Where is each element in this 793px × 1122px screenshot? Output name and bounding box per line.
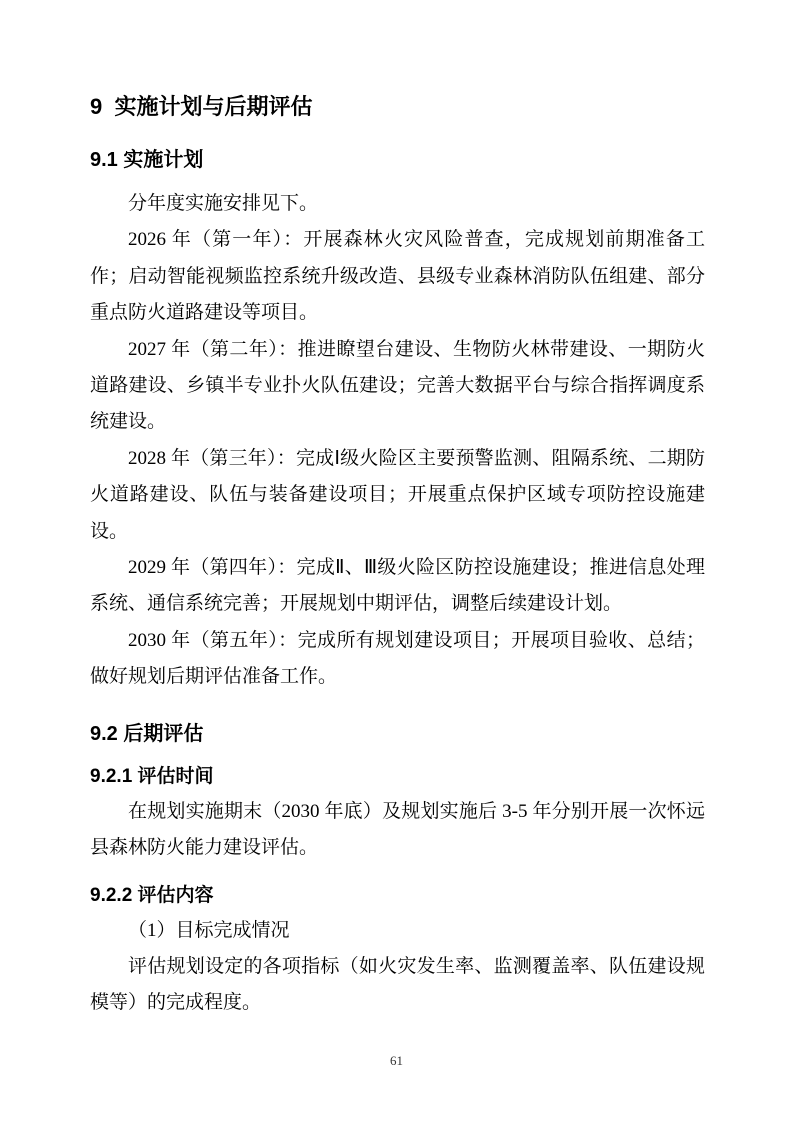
paragraph-year-2027: 2027 年（第二年）：推进瞭望台建设、生物防火林带建设、一期防火道路建设、乡镇… <box>90 332 705 441</box>
paragraph-year-2028: 2028 年（第三年）：完成Ⅰ级火险区主要预警监测、阻隔系统、二期防火道路建设、… <box>90 441 705 550</box>
section-9-2-heading: 9.2 后期评估 <box>90 720 705 748</box>
paragraph-year-2030: 2030 年（第五年）：完成所有规划建设项目；开展项目验收、总结；做好规划后期评… <box>90 623 705 696</box>
subsection-9-2-1-heading: 9.2.1 评估时间 <box>90 764 705 790</box>
subsection-9-2-2-heading: 9.2.2 评估内容 <box>90 883 705 909</box>
document-page: 9 实施计划与后期评估 9.1 实施计划 分年度实施安排见下。 2026 年（第… <box>0 0 793 1122</box>
page-number: 61 <box>0 1051 793 1071</box>
paragraph-item-1-detail: 评估规划设定的各项指标（如火灾发生率、监测覆盖率、队伍建设规模等）的完成程度。 <box>90 949 705 1022</box>
paragraph-intro: 分年度实施安排见下。 <box>90 186 705 222</box>
section-9-1-heading: 9.1 实施计划 <box>90 146 705 174</box>
paragraph-year-2026: 2026 年（第一年）：开展森林火灾风险普查，完成规划前期准备工作；启动智能视频… <box>90 222 705 331</box>
chapter-heading: 9 实施计划与后期评估 <box>90 92 705 122</box>
paragraph-year-2029: 2029 年（第四年）：完成Ⅱ、Ⅲ级火险区防控设施建设；推进信息处理系统、通信系… <box>90 550 705 623</box>
paragraph-item-1-title: （1）目标完成情况 <box>90 913 705 949</box>
paragraph-evaluation-time: 在规划实施期末（2030 年底）及规划实施后 3-5 年分别开展一次怀远县森林防… <box>90 794 705 867</box>
